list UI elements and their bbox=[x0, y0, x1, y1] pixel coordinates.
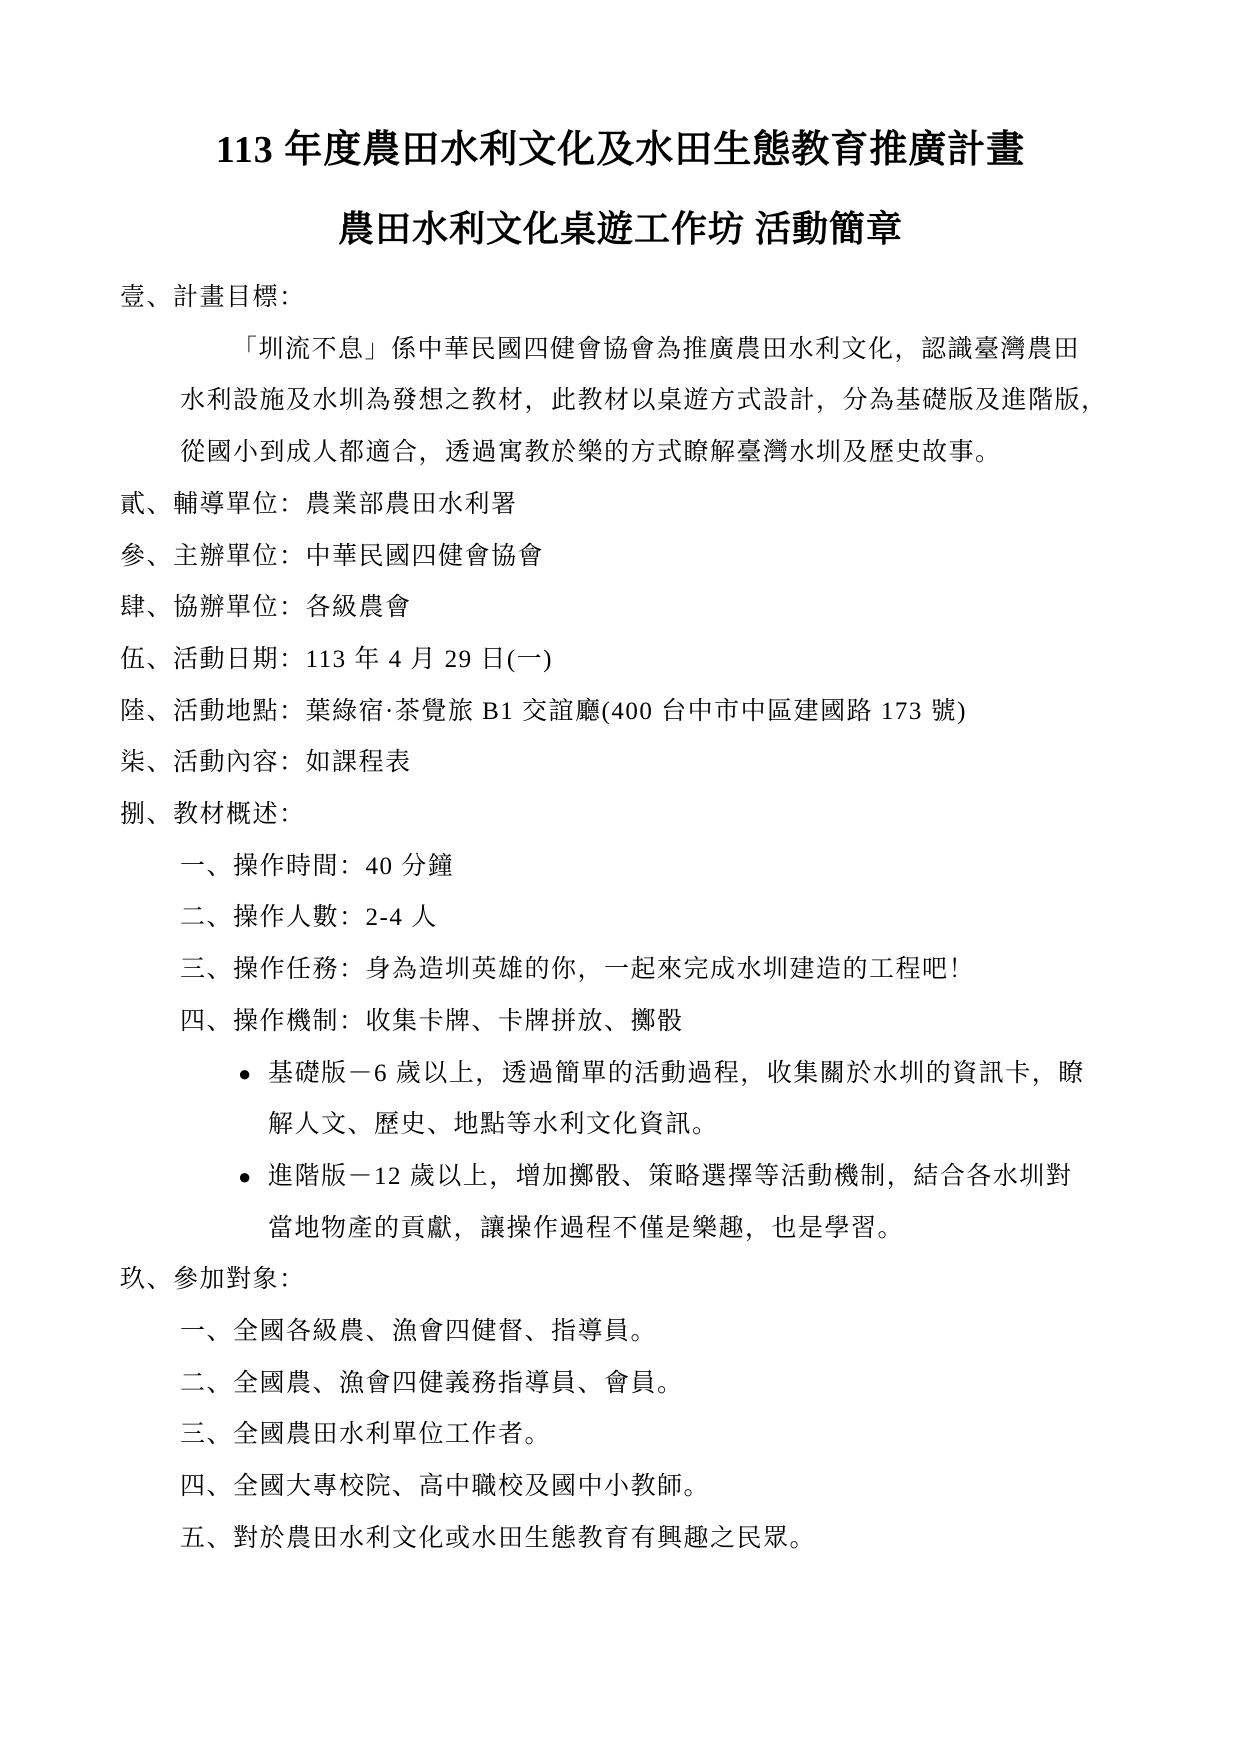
advanced-version-bullet-line-1: ● 進階版－12 歲以上，增加擲骰、策略選擇等活動機制，結合各水圳對 bbox=[0, 1151, 1241, 1203]
section-heading-organizer: 參、主辦單位：中華民國四健會協會 bbox=[0, 531, 1241, 583]
bullet-icon: ● bbox=[238, 1048, 253, 1100]
materials-item-mission: 三、操作任務：身為造圳英雄的你，一起來完成水圳建造的工程吧！ bbox=[0, 944, 1241, 996]
materials-item-mechanics: 四、操作機制：收集卡牌、卡牌拼放、擲骰 bbox=[0, 996, 1241, 1048]
section-heading-advisor: 貳、輔導單位：農業部農田水利署 bbox=[0, 479, 1241, 531]
bullet-icon: ● bbox=[238, 1151, 253, 1203]
section-heading-coorganizer: 肆、協辦單位：各級農會 bbox=[0, 582, 1241, 634]
goal-paragraph-line-2: 水利設施及水圳為發想之教材，此教材以桌遊方式設計，分為基礎版及進階版， bbox=[0, 375, 1241, 427]
section-heading-venue: 陸、活動地點：葉綠宿·茶覺旅 B1 交誼廳(400 台中市中區建國路 173 號… bbox=[0, 686, 1241, 738]
section-heading-goal: 壹、計畫目標： bbox=[0, 272, 1241, 324]
goal-paragraph-line-1: 「圳流不息」係中華民國四健會協會為推廣農田水利文化，認識臺灣農田 bbox=[0, 324, 1241, 376]
basic-version-bullet-line-1: ● 基礎版－6 歲以上，透過簡單的活動過程，收集關於水圳的資訊卡，瞭 bbox=[0, 1048, 1241, 1100]
basic-version-bullet-line-2: 解人文、歷史、地點等水利文化資訊。 bbox=[0, 1099, 1241, 1151]
section-heading-participants: 玖、參加對象： bbox=[0, 1254, 1241, 1306]
document-subtitle: 農田水利文化桌遊工作坊 活動簡章 bbox=[0, 204, 1241, 254]
document-title: 113 年度農田水利文化及水田生態教育推廣計畫 bbox=[0, 0, 1241, 176]
document-body: 壹、計畫目標： 「圳流不息」係中華民國四健會協會為推廣農田水利文化，認識臺灣農田… bbox=[0, 272, 1241, 1565]
participants-item-2: 二、全國農、漁會四健義務指導員、會員。 bbox=[0, 1358, 1241, 1410]
advanced-version-bullet-line-2: 當地物產的貢獻，讓操作過程不僅是樂趣，也是學習。 bbox=[0, 1203, 1241, 1255]
goal-paragraph-line-3: 從國小到成人都適合，透過寓教於樂的方式瞭解臺灣水圳及歷史故事。 bbox=[0, 427, 1241, 479]
participants-item-5: 五、對於農田水利文化或水田生態教育有興趣之民眾。 bbox=[0, 1513, 1241, 1565]
participants-item-4: 四、全國大專校院、高中職校及國中小教師。 bbox=[0, 1461, 1241, 1513]
materials-item-time: 一、操作時間：40 分鐘 bbox=[0, 841, 1241, 893]
materials-item-players: 二、操作人數：2-4 人 bbox=[0, 892, 1241, 944]
section-heading-materials: 捌、教材概述： bbox=[0, 789, 1241, 841]
document-page: 113 年度農田水利文化及水田生態教育推廣計畫 農田水利文化桌遊工作坊 活動簡章… bbox=[0, 0, 1241, 1755]
participants-item-3: 三、全國農田水利單位工作者。 bbox=[0, 1409, 1241, 1461]
section-heading-date: 伍、活動日期：113 年 4 月 29 日(一) bbox=[0, 634, 1241, 686]
participants-item-1: 一、全國各級農、漁會四健督、指導員。 bbox=[0, 1306, 1241, 1358]
basic-version-bullet-text: 基礎版－6 歲以上，透過簡單的活動過程，收集關於水圳的資訊卡，瞭 bbox=[268, 1060, 1085, 1087]
advanced-version-bullet-text: 進階版－12 歲以上，增加擲骰、策略選擇等活動機制，結合各水圳對 bbox=[268, 1163, 1072, 1190]
section-heading-content: 柒、活動內容：如課程表 bbox=[0, 737, 1241, 789]
